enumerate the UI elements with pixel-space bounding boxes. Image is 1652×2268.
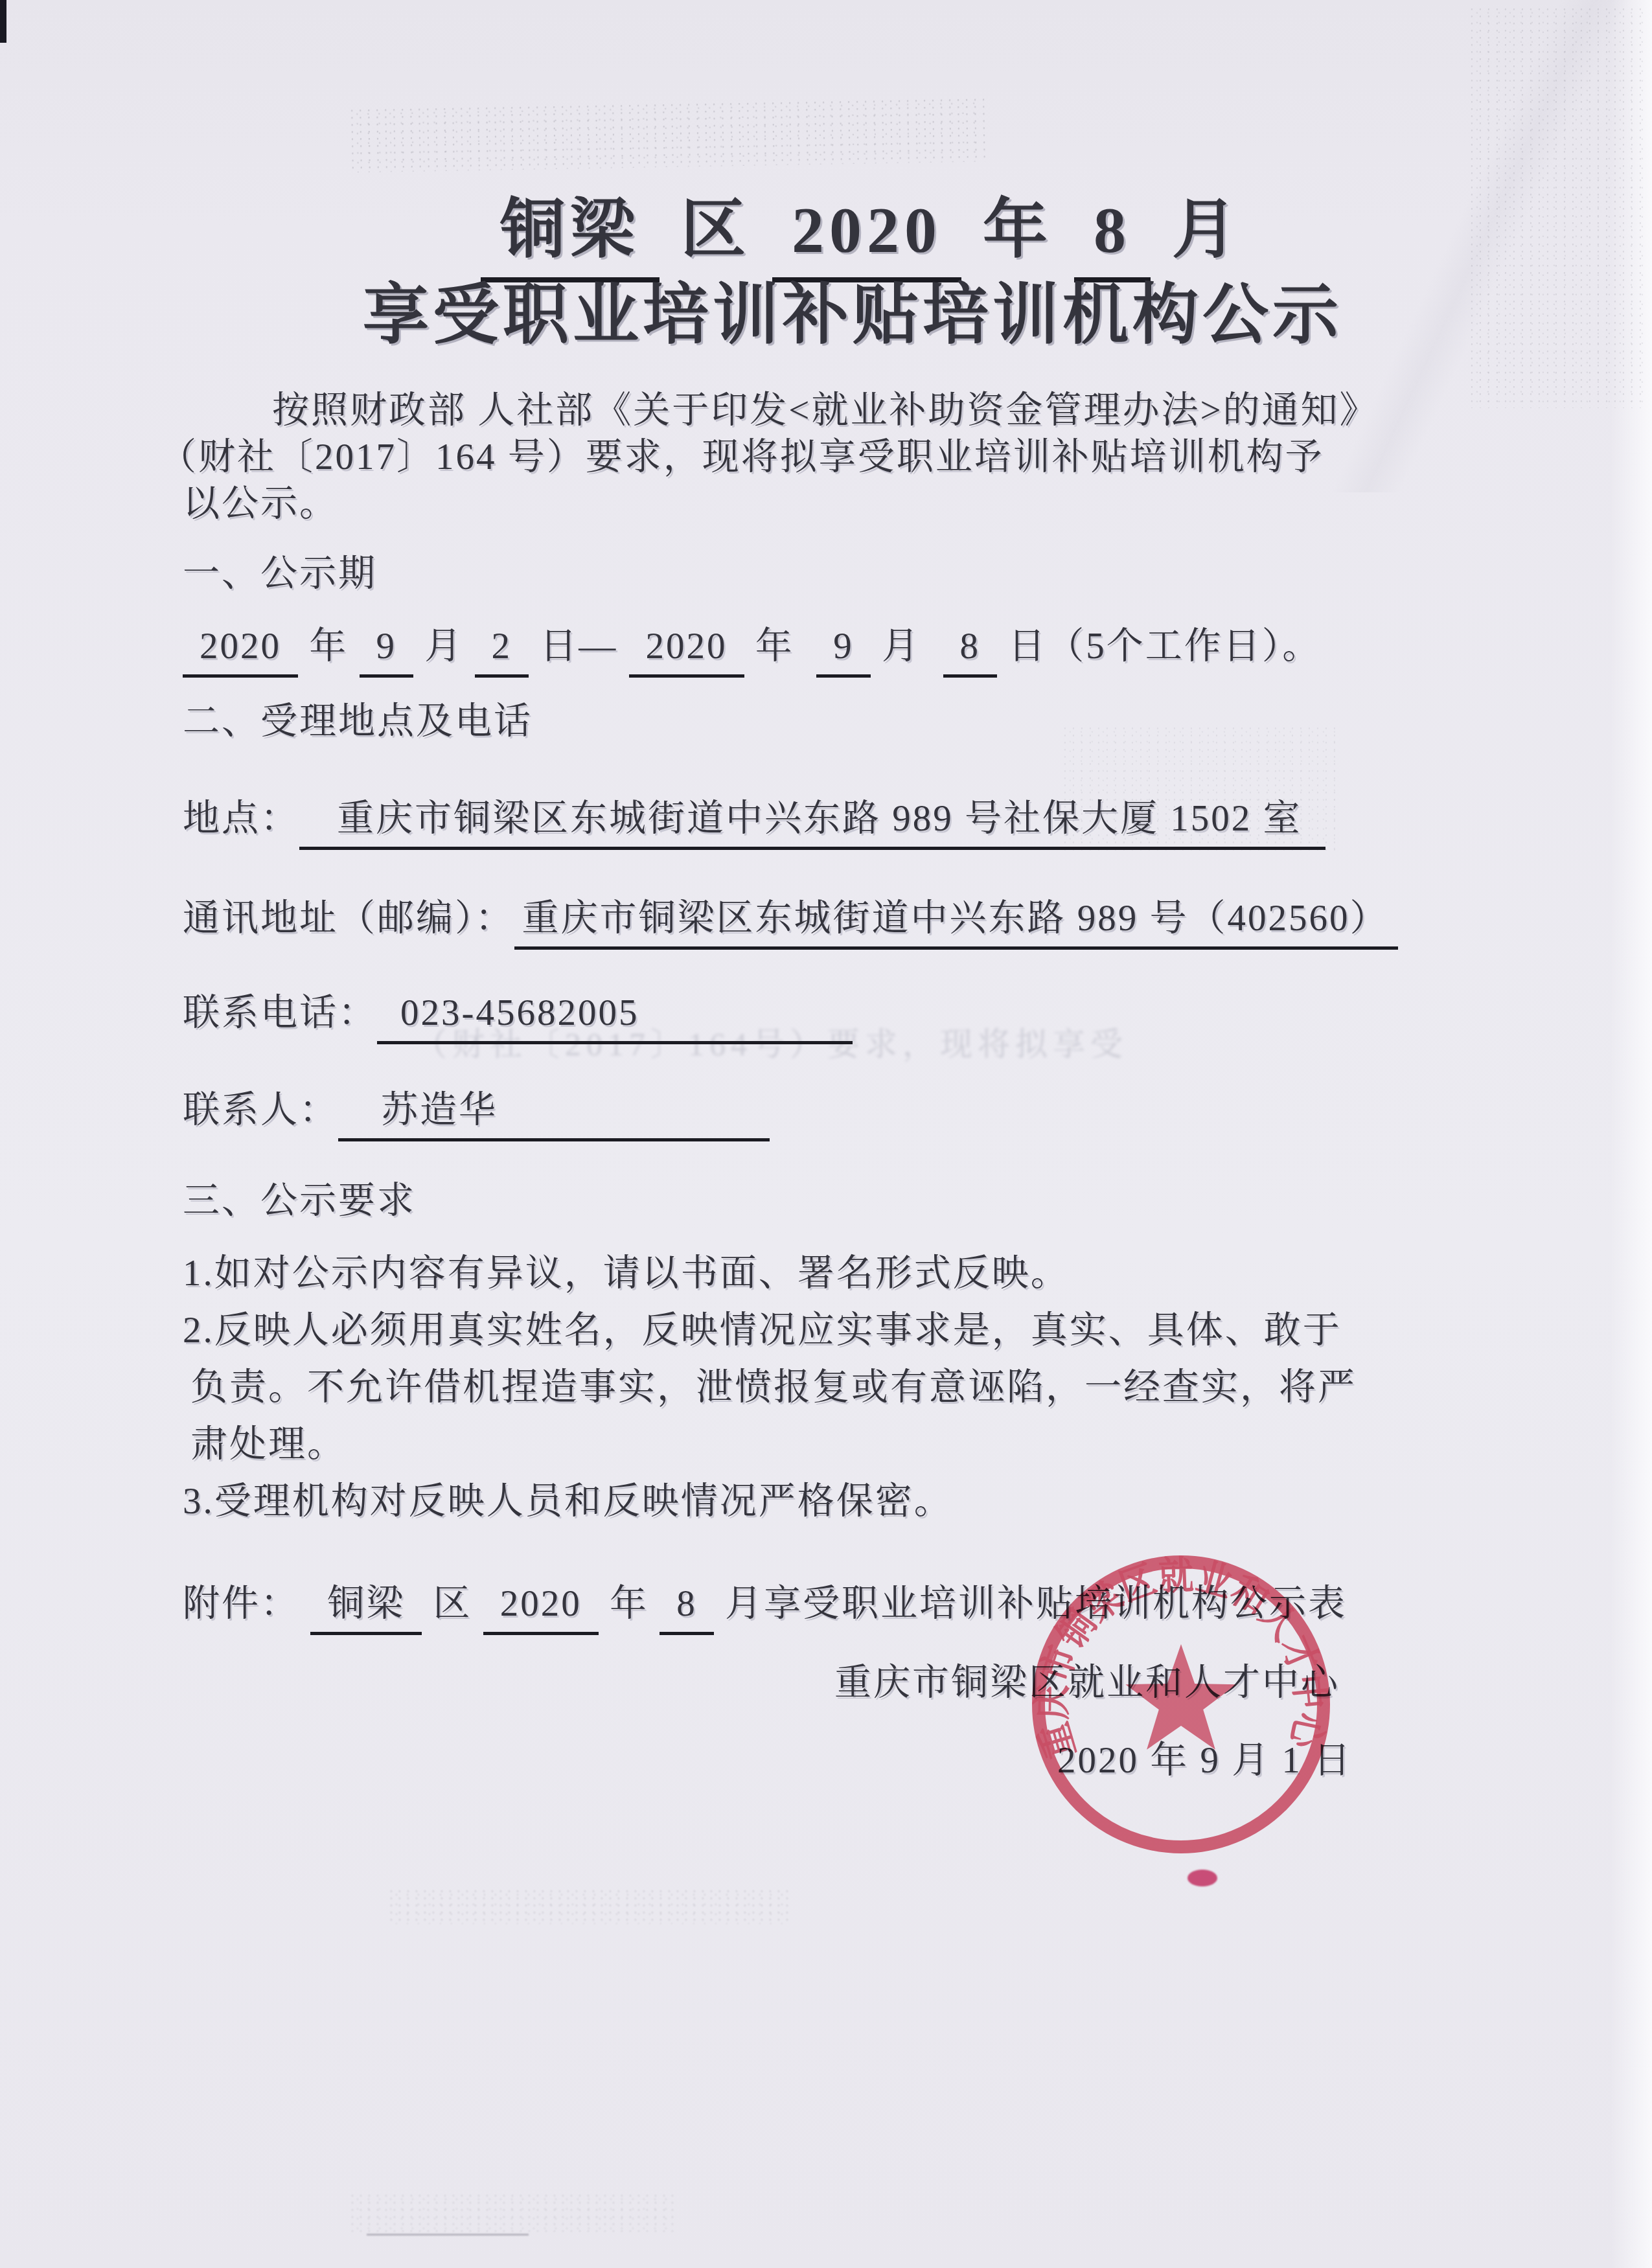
scan-noise-top-right [1469,6,1646,408]
phone-value: 023-45682005 [377,992,853,1044]
seal-star-icon [1125,1644,1236,1750]
contact-person-line: 联系人：苏造华 [183,1087,770,1133]
seal-graphic: 重庆市铜梁区就业和人才中心 [1029,1552,1333,1857]
line-text: 年 [298,626,360,667]
underlined-entry: 铜梁 [310,1583,422,1635]
section3-heading: 三、公示要求 [183,1178,416,1224]
rule-line-4: 肃处理。 [190,1421,346,1467]
publicity-period-line: 2020 年 9 月 2 日— 2020 年 9 月 8 日（5个工作日）。 [183,623,1321,669]
seal-smudge [1187,1870,1217,1886]
line-text: 年 [961,194,1074,266]
underlined-entry: 铜梁 [481,194,660,282]
line-text: 日— [529,626,629,667]
scan-noise-bottom-1 [389,1888,790,1924]
intro-line-1: 按照财政部 人社部《关于印发<就业补助资金管理办法>的通知》 [272,387,1379,433]
mailing-address-line: 通讯地址（邮编）：重庆市铜梁区东城街道中兴东路 989 号（402560） [183,895,1398,941]
scan-noise-bottom-2 [350,2193,674,2232]
location-label: 地点： [183,798,299,839]
scanned-notice-page: （财社〔2017〕164号）要求，现将拟享受 铜梁 区 2020 年 8 月 享… [0,0,1652,2268]
line-text: 月 [413,626,475,667]
title-line1: 铜梁 区 2020 年 8 月 [481,189,1242,270]
section2-heading: 二、受理地点及电话 [183,698,533,744]
bleed-through-line [367,2234,529,2236]
line-text: 年 [599,1583,660,1624]
location-line: 地点：重庆市铜梁区东城街道中兴东路 989 号社保大厦 1502 室 [183,796,1325,842]
title-line2: 享受职业培训补贴培训机构公示 [363,275,1342,358]
underlined-entry: 2020 [629,626,744,678]
line-text: 月 [871,626,943,667]
intro-line-3: 以公示。 [183,481,338,527]
mailing-address-value: 重庆市铜梁区东城街道中兴东路 989 号（402560） [514,898,1398,950]
intro-line-2: （财社〔2017〕164 号）要求，现将拟享受职业培训补贴培训机构予 [159,434,1324,480]
underlined-entry: 9 [816,626,871,678]
contact-person-value: 苏造华 [338,1090,770,1141]
location-value: 重庆市铜梁区东城街道中兴东路 989 号社保大厦 1502 室 [299,798,1325,850]
underlined-entry: 2 [475,626,529,678]
underlined-entry: 9 [360,626,414,678]
line-text: 月 [1151,194,1242,266]
mailing-address-label: 通讯地址（邮编）： [183,898,514,939]
line-text: 年 [744,626,817,667]
rule-line-5: 3.受理机构对反映人员和反映情况严格保密。 [183,1478,953,1524]
underlined-entry: 8 [1074,194,1151,282]
underlined-entry: 2020 [183,626,298,678]
underlined-entry: 8 [660,1583,714,1635]
official-seal: 重庆市铜梁区就业和人才中心 [1029,1552,1333,1857]
line-text: 区 [660,194,772,266]
phone-line: 联系电话：023-45682005 [183,990,853,1036]
line-text: 附件： [183,1583,310,1624]
rule-line-1: 1.如对公示内容有异议，请以书面、署名形式反映。 [183,1250,1070,1296]
rule-line-2: 2.反映人必须用真实姓名，反映情况应实事求是，真实、具体、敢于 [183,1307,1342,1353]
section1-heading: 一、公示期 [183,551,377,597]
underlined-entry: 2020 [483,1583,599,1635]
line-text: 日（5个工作日）。 [997,626,1321,667]
underlined-entry: 8 [943,626,998,678]
line-text: 区 [422,1583,483,1624]
scan-noise-band-top [349,97,985,172]
underlined-entry: 2020 [772,194,961,282]
phone-label: 联系电话： [183,992,377,1033]
rule-line-3: 负责。不允许借机捏造事实，泄愤报复或有意诬陷，一经查实，将严 [190,1364,1357,1410]
scan-edge-artifact [0,0,6,43]
contact-person-label: 联系人： [183,1090,338,1130]
